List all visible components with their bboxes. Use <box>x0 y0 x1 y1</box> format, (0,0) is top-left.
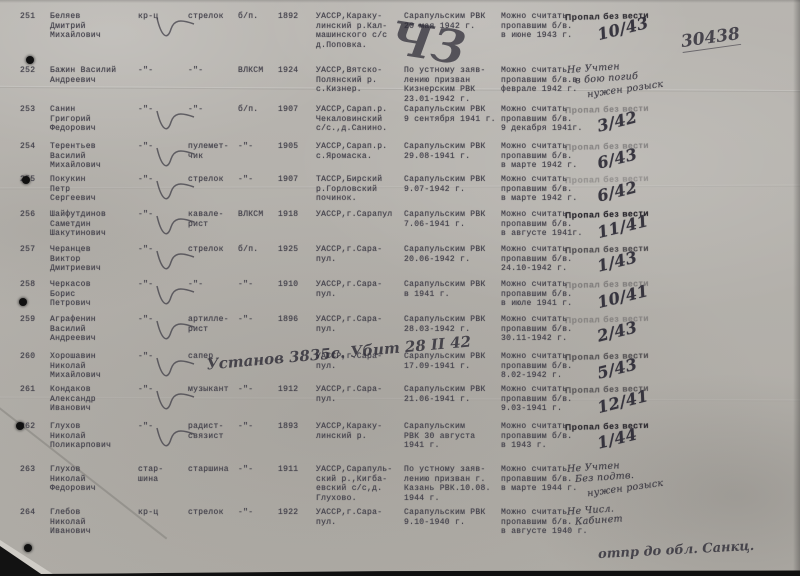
col-rank: -"- <box>138 422 188 451</box>
col-party: -"- <box>238 175 278 204</box>
col-name: Бажин Василий Андреевич <box>50 66 138 104</box>
col-rank: стар- шина <box>138 465 188 503</box>
col-name: Черанцев Виктор Дмитриевич <box>50 245 138 274</box>
col-conclusion: Можно считать пропавшим б/в.в феврале 19… <box>501 66 642 104</box>
col-birth-year: 1912 <box>278 385 316 414</box>
col-birthplace: УАССР,Караку- линский р. <box>316 422 404 451</box>
col-conclusion: Можно считать пропавшим б/в. 8.02-1942 г… <box>501 352 642 381</box>
col-conclusion: Можно считать пропавшим б/в. в августе 1… <box>501 508 642 537</box>
col-conclusion: Можно считать пропавшим б/в. 24.10-1942 … <box>501 245 642 274</box>
col-drafted-by: Сарапульским РВК 9 сентября 1941 г. <box>404 105 501 134</box>
col-name: Хорошавин Николай Михайлович <box>50 352 138 381</box>
col-party: -"- <box>238 465 278 503</box>
torn-corner <box>0 546 44 576</box>
table-row: 262Глухов Николай Поликарпович-"-радист-… <box>20 422 800 451</box>
col-birthplace: УАССР,Сарап.р. с.Яромаска. <box>316 142 404 171</box>
col-birthplace: ТАССР,Бирский р.Горловский починок. <box>316 175 404 204</box>
col-conclusion: Можно считать пропавшим б/в. 9.03-1941 г… <box>501 385 642 414</box>
col-relatives <box>642 465 756 503</box>
col-birth-year: 1907 <box>278 175 316 204</box>
col-relatives <box>642 280 756 309</box>
table-row: 252Бажин Василий Андреевич-"--"-ВЛКСМ192… <box>20 66 800 104</box>
col-conclusion: Можно считать пропавшим б/в. в марте 194… <box>501 175 642 204</box>
col-relatives <box>642 142 756 171</box>
col-number: 256 <box>20 210 50 239</box>
scanned-document-page: 251Беляев Дмитрий Михайловичкр-цстрелокб… <box>0 0 800 576</box>
table-row: 257Черанцев Виктор Дмитриевич-"-стрелокб… <box>20 245 800 274</box>
col-name: Черкасов Борис Петрович <box>50 280 138 309</box>
col-relatives <box>642 352 756 381</box>
col-drafted-by: Сарапульским РВК в 1941 г. <box>404 280 501 309</box>
page-edge-shadow <box>0 0 800 3</box>
col-drafted-by: Сарапульским РВК 29.08-1941 г. <box>404 142 501 171</box>
col-birth-year: 1918 <box>278 210 316 239</box>
col-drafted-by: Сарапульским РВК 9.10-1940 г. <box>404 508 501 537</box>
table-row: 258Черкасов Борис Петрович-"--"--"-1910У… <box>20 280 800 309</box>
table-row: 254Терентьев Василий Михайлович-"-пулеме… <box>20 142 800 171</box>
table-row: 261Кондаков Александр Иванович-"-музыкан… <box>20 385 800 414</box>
punch-hole <box>22 176 30 184</box>
col-position: радист- связист <box>188 422 238 451</box>
table-row: 260Хорошавин Николай Михайлович-"-саперУ… <box>20 352 800 381</box>
col-party: б/п. <box>238 105 278 134</box>
col-name: Аграфенин Василий Андреевич <box>50 315 138 344</box>
table-row: 253Санин Григорий Федорович-"--"-б/п.190… <box>20 105 800 134</box>
col-rank: -"- <box>138 142 188 171</box>
col-birthplace: УАССР,г.Сарапул <box>316 210 404 239</box>
col-relatives <box>642 175 756 204</box>
col-birthplace: УАССР,г.Сара- пул. <box>316 245 404 274</box>
col-birthplace: УАССР,г.Сара- пул. <box>316 508 404 537</box>
col-position: музыкант <box>188 385 238 414</box>
col-number: 264 <box>20 508 50 537</box>
col-party: -"- <box>238 385 278 414</box>
col-conclusion: Можно считать пропавшим б/в. в 1943 г.Пр… <box>501 422 642 451</box>
col-rank: кр-ц <box>138 12 188 50</box>
col-name: Глухов Николай Федорович <box>50 465 138 503</box>
report-fraction-note: 6/43 <box>596 149 638 168</box>
col-drafted-by: Сарапульским РВК 21.06-1941 г. <box>404 385 501 414</box>
col-number: 257 <box>20 245 50 274</box>
col-party: -"- <box>238 280 278 309</box>
col-name: Терентьев Василий Михайлович <box>50 142 138 171</box>
table-row: 256Шайфутдинов Саметдин Шакутинович-"-ка… <box>20 210 800 239</box>
col-position: стрелок <box>188 12 238 50</box>
col-position: пулемет- чик <box>188 142 238 171</box>
col-birth-year: 1924 <box>278 66 316 104</box>
col-drafted-by: Сарапульским РВК 9.07-1942 г. <box>404 175 501 204</box>
col-number: 253 <box>20 105 50 134</box>
col-drafted-by: Сарапульским РВК 30 августа 1941 г. <box>404 422 501 451</box>
col-number: 254 <box>20 142 50 171</box>
col-relatives <box>642 210 756 239</box>
col-relatives <box>642 422 756 451</box>
col-rank: -"- <box>138 105 188 134</box>
col-name: Покукин Петр Сергеевич <box>50 175 138 204</box>
col-party: -"- <box>238 508 278 537</box>
col-relatives <box>642 66 756 104</box>
col-position: стрелок <box>188 245 238 274</box>
scanner-background-band <box>40 569 800 576</box>
col-position: стрелок <box>188 508 238 537</box>
col-name: Беляев Дмитрий Михайлович <box>50 12 138 50</box>
table-row: 264Глебов Николай Ивановичкр-цстрелок-"-… <box>20 508 800 537</box>
col-number: 251 <box>20 12 50 50</box>
col-birth-year: 1911 <box>278 465 316 503</box>
col-conclusion: Можно считать пропавшим б/в. в марте 194… <box>501 142 642 171</box>
col-birthplace: УАССР,Сарапуль- ский р.,Кигба- евский с/… <box>316 465 404 503</box>
col-conclusion: Можно считать пропавшим б/в. в июне 1943… <box>501 12 642 50</box>
col-conclusion: Можно считать пропавшим б/в. 30.11-1942 … <box>501 315 642 344</box>
col-party: ВЛКСМ <box>238 66 278 104</box>
col-number: 263 <box>20 465 50 503</box>
punch-hole <box>16 422 24 430</box>
col-conclusion: Можно считать пропавшим б/в. в июле 1941… <box>501 280 642 309</box>
col-birth-year: 1910 <box>278 280 316 309</box>
col-party: -"- <box>238 142 278 171</box>
col-party: б/п. <box>238 245 278 274</box>
col-name: Глухов Николай Поликарпович <box>50 422 138 451</box>
col-name: Шайфутдинов Саметдин Шакутинович <box>50 210 138 239</box>
col-number: 262 <box>20 422 50 451</box>
col-position: старшина <box>188 465 238 503</box>
col-rank: -"- <box>138 245 188 274</box>
col-position: -"- <box>188 280 238 309</box>
col-birth-year: 1892 <box>278 12 316 50</box>
col-number: 260 <box>20 352 50 381</box>
col-birthplace: УАССР,г.Сара- пул. <box>316 385 404 414</box>
table-row: 263Глухов Николай Федоровичстар- шинаста… <box>20 465 800 503</box>
col-position: -"- <box>188 66 238 104</box>
col-party: ВЛКСМ <box>238 210 278 239</box>
punch-hole <box>19 298 27 306</box>
col-rank: кр-ц <box>138 508 188 537</box>
col-birthplace: УАССР,г.Сара- пул. <box>316 280 404 309</box>
col-drafted-by: Сарапульским РВК 20.06-1942 г. <box>404 245 501 274</box>
col-birthplace: УАССР,Вятско- Полянский р. с.Кизнер. <box>316 66 404 104</box>
col-conclusion: Можно считать пропавшим б/в. в марте 194… <box>501 465 642 503</box>
col-birth-year: 1925 <box>278 245 316 274</box>
col-position: стрелок <box>188 175 238 204</box>
report-fraction-note: 5/43 <box>596 359 638 378</box>
col-relatives <box>642 105 756 134</box>
col-rank: -"- <box>138 66 188 104</box>
col-conclusion: Можно считать пропавшим б/в. в августе 1… <box>501 210 642 239</box>
col-name: Санин Григорий Федорович <box>50 105 138 134</box>
col-relatives <box>642 245 756 274</box>
col-relatives <box>642 385 756 414</box>
col-number: 261 <box>20 385 50 414</box>
col-rank: -"- <box>138 210 188 239</box>
table-row: 255Покукин Петр Сергеевич-"-стрелок-"-19… <box>20 175 800 204</box>
col-conclusion: Можно считать пропавшим б/в. 9 декабря 1… <box>501 105 642 134</box>
col-name: Кондаков Александр Иванович <box>50 385 138 414</box>
report-fraction-note: 1/44 <box>596 429 638 448</box>
col-position: кавале- рист <box>188 210 238 239</box>
col-name: Глебов Николай Иванович <box>50 508 138 537</box>
col-party: -"- <box>238 315 278 344</box>
col-birth-year: 1922 <box>278 508 316 537</box>
col-birthplace: УАССР,Сарап.р. Чекаловинский с/с.,д.Сани… <box>316 105 404 134</box>
col-birth-year: 1905 <box>278 142 316 171</box>
report-fraction-note: 6/42 <box>596 182 638 201</box>
col-rank: -"- <box>138 352 188 381</box>
col-party: б/п. <box>238 12 278 50</box>
col-birth-year: 1907 <box>278 105 316 134</box>
pen-scribble: ЧЗ <box>386 10 469 75</box>
report-fraction-note: 1/43 <box>596 252 638 271</box>
col-number: 259 <box>20 315 50 344</box>
report-fraction-note: 3/42 <box>596 112 638 131</box>
col-rank: -"- <box>138 315 188 344</box>
report-fraction-note: 2/43 <box>596 322 638 341</box>
col-relatives <box>642 508 756 537</box>
col-birth-year: 1893 <box>278 422 316 451</box>
col-number: 252 <box>20 66 50 104</box>
col-drafted-by: Сарапульским РВК 7.06-1941 г. <box>404 210 501 239</box>
handwritten-note: Кабинет <box>575 514 623 527</box>
col-rank: -"- <box>138 385 188 414</box>
col-rank: -"- <box>138 280 188 309</box>
col-party: -"- <box>238 422 278 451</box>
col-position: -"- <box>188 105 238 134</box>
page-edge-shadow <box>793 0 800 576</box>
col-rank: -"- <box>138 175 188 204</box>
col-drafted-by: Сарапульским РВК 17.09-1941 г. <box>404 352 501 381</box>
punch-hole <box>26 56 34 64</box>
col-position: артилле- рист <box>188 315 238 344</box>
col-relatives <box>642 315 756 344</box>
handwritten-note-bottom: отпр до обл. Санкц. <box>598 539 755 562</box>
col-birth-year: 1896 <box>278 315 316 344</box>
col-drafted-by: По устному заяв- лению призван г. Казань… <box>404 465 501 503</box>
